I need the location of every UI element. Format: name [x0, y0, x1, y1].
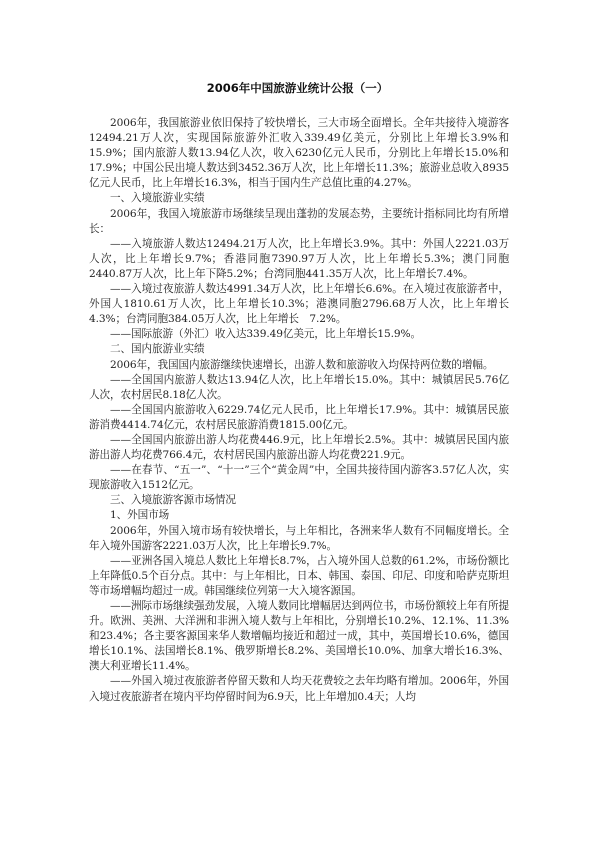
subsection-heading-foreign: 1、外国市场	[89, 508, 509, 523]
paragraph-inbound-visitors: ——入境旅游人数达12494.21万人次，比上年增长3.9%。其中：外国人222…	[89, 237, 509, 282]
paragraph-foreign-stay: ——外国入境过夜旅游者停留天数和人均天花费较之去年均略有增加。2006年，外国入…	[89, 674, 509, 704]
paragraph-domestic-income: ——全国国内旅游收入6229.74亿元人民币，比上年增长17.9%。其中：城镇居…	[89, 403, 509, 433]
paragraph-domestic-intro: 2006年，我国国内旅游继续快速增长，出游人数和旅游收入均保持两位数的增幅。	[89, 358, 509, 373]
paragraph-inbound-overnight: ——入境过夜旅游人数达4991.34万人次，比上年增长6.6%。在入境过夜旅游者…	[89, 282, 509, 327]
paragraph-forex-income: ——国际旅游（外汇）收入达339.49亿美元，比上年增长15.9%。	[89, 327, 509, 342]
section-heading-source-markets: 三、入境旅游客源市场情况	[89, 493, 509, 508]
paragraph-domestic-visitors: ——全国国内旅游人数达13.94亿人次，比上年增长15.0%。其中：城镇居民5.…	[89, 373, 509, 403]
document-body: 2006年，我国旅游业依旧保持了较快增长，三大市场全面增长。全年共接待入境游客1…	[89, 116, 509, 705]
paragraph-intercontinental-market: ——洲际市场继续强劲发展，入境人数同比增幅居达到两位书，市场份额较上年有所提升。…	[89, 599, 509, 674]
document-title: 2006年中国旅游业统计公报（一）	[0, 80, 595, 96]
document-page: 2006年中国旅游业统计公报（一） 2006年，我国旅游业依旧保持了较快增长，三…	[0, 0, 595, 842]
paragraph-inbound-intro: 2006年，我国入境旅游市场继续呈现出蓬勃的发展态势，主要统计指标同比均有所增长…	[89, 207, 509, 237]
paragraph-foreign-intro: 2006年，外国入境市场有较快增长，与上年相比，各洲来华人数有不同幅度增长。全年…	[89, 524, 509, 554]
paragraph-summary: 2006年，我国旅游业依旧保持了较快增长，三大市场全面增长。全年共接待入境游客1…	[89, 116, 509, 191]
paragraph-golden-week: ——在春节、“五一”、“十一”三个“黄金周”中，全国共接待国内游客3.57亿人次…	[89, 463, 509, 493]
section-heading-domestic: 二、国内旅游业实绩	[89, 342, 509, 357]
section-heading-inbound: 一、入境旅游业实绩	[89, 191, 509, 206]
paragraph-domestic-spending: ——全国国内旅游出游人均花费446.9元，比上年增长2.5%。其中：城镇居民国内…	[89, 433, 509, 463]
paragraph-asia-market: ——亚洲各国入境总人数比上年增长8.7%，占入境外国人总数的61.2%，市场份额…	[89, 554, 509, 599]
